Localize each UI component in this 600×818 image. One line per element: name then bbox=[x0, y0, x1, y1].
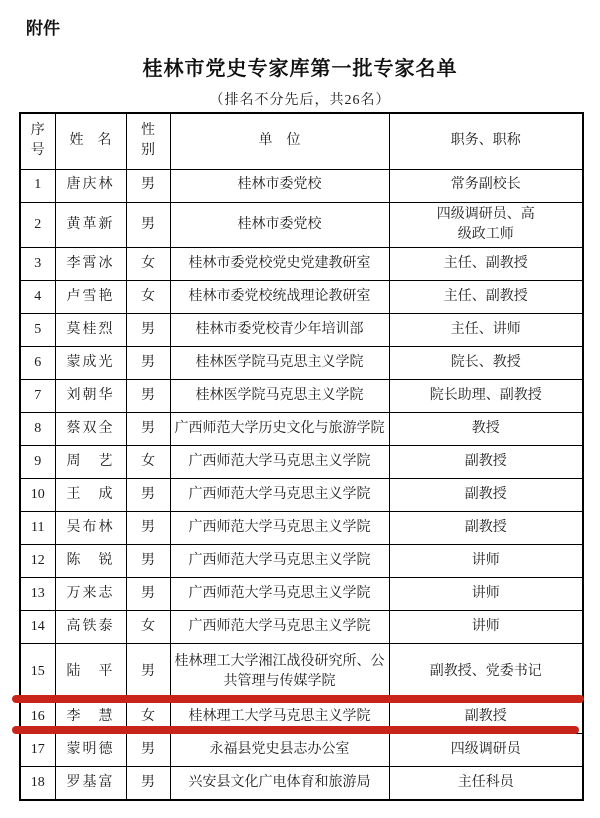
cell-name: 卢雪艳 bbox=[55, 281, 126, 314]
cell-unit: 桂林市委党校统战理论教研室 bbox=[170, 281, 389, 314]
cell-position: 讲师 bbox=[389, 578, 583, 611]
cell-unit: 桂林医学院马克思主义学院 bbox=[170, 380, 389, 413]
cell-index: 6 bbox=[20, 347, 55, 380]
cell-index: 1 bbox=[20, 169, 55, 202]
table-row: 15陆 平男桂林理工大学湘江战役研究所、公 共管理与传媒学院副教授、党委书记 bbox=[20, 644, 583, 701]
cell-position: 副教授、党委书记 bbox=[389, 644, 583, 701]
cell-index: 17 bbox=[20, 734, 55, 767]
table-row: 11吴布林男广西师范大学马克思主义学院副教授 bbox=[20, 512, 583, 545]
cell-gender: 女 bbox=[126, 446, 170, 479]
cell-position: 教授 bbox=[389, 413, 583, 446]
cell-position: 四级调研员 bbox=[389, 734, 583, 767]
cell-gender: 男 bbox=[126, 734, 170, 767]
cell-name: 蔡双全 bbox=[55, 413, 126, 446]
col-header-position: 职务、职称 bbox=[389, 113, 583, 169]
table-row: 4卢雪艳女桂林市委党校统战理论教研室主任、副教授 bbox=[20, 281, 583, 314]
cell-index: 2 bbox=[20, 202, 55, 248]
cell-position: 副教授 bbox=[389, 479, 583, 512]
cell-gender: 男 bbox=[126, 347, 170, 380]
cell-index: 14 bbox=[20, 611, 55, 644]
cell-gender: 女 bbox=[126, 248, 170, 281]
table-row: 7刘朝华男桂林医学院马克思主义学院院长助理、副教授 bbox=[20, 380, 583, 413]
cell-gender: 男 bbox=[126, 512, 170, 545]
cell-gender: 男 bbox=[126, 413, 170, 446]
cell-unit: 桂林市委党校 bbox=[170, 202, 389, 248]
cell-position: 常务副校长 bbox=[389, 169, 583, 202]
cell-unit: 广西师范大学马克思主义学院 bbox=[170, 611, 389, 644]
cell-name: 黄革新 bbox=[55, 202, 126, 248]
cell-name: 周 艺 bbox=[55, 446, 126, 479]
cell-name: 万来志 bbox=[55, 578, 126, 611]
cell-gender: 男 bbox=[126, 479, 170, 512]
table-row: 14高铁泰女广西师范大学马克思主义学院讲师 bbox=[20, 611, 583, 644]
cell-unit: 永福县党史县志办公室 bbox=[170, 734, 389, 767]
cell-unit: 桂林理工大学湘江战役研究所、公 共管理与传媒学院 bbox=[170, 644, 389, 701]
table-row: 5莫桂烈男桂林市委党校青少年培训部主任、讲师 bbox=[20, 314, 583, 347]
cell-unit: 广西师范大学马克思主义学院 bbox=[170, 578, 389, 611]
cell-index: 12 bbox=[20, 545, 55, 578]
cell-index: 7 bbox=[20, 380, 55, 413]
cell-index: 13 bbox=[20, 578, 55, 611]
table-row: 2黄革新男桂林市委党校四级调研员、高 级政工师 bbox=[20, 202, 583, 248]
cell-name: 王 成 bbox=[55, 479, 126, 512]
cell-name: 蒙明德 bbox=[55, 734, 126, 767]
cell-position: 讲师 bbox=[389, 545, 583, 578]
cell-gender: 男 bbox=[126, 767, 170, 800]
col-header-name: 姓 名 bbox=[55, 113, 126, 169]
subtitle: （排名不分先后，共26名） bbox=[0, 89, 600, 109]
table-row: 8蔡双全男广西师范大学历史文化与旅游学院教授 bbox=[20, 413, 583, 446]
page-title: 桂林市党史专家库第一批专家名单 bbox=[0, 52, 600, 81]
cell-gender: 男 bbox=[126, 380, 170, 413]
cell-position: 讲师 bbox=[389, 611, 583, 644]
cell-unit: 广西师范大学马克思主义学院 bbox=[170, 512, 389, 545]
cell-position: 院长助理、副教授 bbox=[389, 380, 583, 413]
cell-position: 主任科员 bbox=[389, 767, 583, 800]
cell-position: 主任、副教授 bbox=[389, 248, 583, 281]
cell-position: 四级调研员、高 级政工师 bbox=[389, 202, 583, 248]
cell-gender: 男 bbox=[126, 545, 170, 578]
cell-index: 5 bbox=[20, 314, 55, 347]
cell-name: 唐庆林 bbox=[55, 169, 126, 202]
table-row: 12陈 锐男广西师范大学马克思主义学院讲师 bbox=[20, 545, 583, 578]
cell-name: 吴布林 bbox=[55, 512, 126, 545]
cell-name: 李霄冰 bbox=[55, 248, 126, 281]
cell-unit: 广西师范大学马克思主义学院 bbox=[170, 479, 389, 512]
table-row: 13万来志男广西师范大学马克思主义学院讲师 bbox=[20, 578, 583, 611]
cell-name: 陆 平 bbox=[55, 644, 126, 701]
cell-unit: 广西师范大学历史文化与旅游学院 bbox=[170, 413, 389, 446]
table-row: 6蒙成光男桂林医学院马克思主义学院院长、教授 bbox=[20, 347, 583, 380]
cell-position: 副教授 bbox=[389, 512, 583, 545]
table-header-row: 序 号 姓 名 性 别 单 位 职务、职称 bbox=[20, 113, 583, 169]
col-header-index: 序 号 bbox=[20, 113, 55, 169]
table-row: 9周 艺女广西师范大学马克思主义学院副教授 bbox=[20, 446, 583, 479]
cell-position: 院长、教授 bbox=[389, 347, 583, 380]
document-page: 附件 桂林市党史专家库第一批专家名单 （排名不分先后，共26名） 序 号 姓 名… bbox=[0, 0, 600, 818]
cell-index: 3 bbox=[20, 248, 55, 281]
cell-index: 8 bbox=[20, 413, 55, 446]
table-row: 18罗基富男兴安县文化广电体育和旅游局主任科员 bbox=[20, 767, 583, 800]
cell-gender: 男 bbox=[126, 169, 170, 202]
cell-unit: 桂林医学院马克思主义学院 bbox=[170, 347, 389, 380]
cell-unit: 桂林市委党校党史党建教研室 bbox=[170, 248, 389, 281]
cell-name: 刘朝华 bbox=[55, 380, 126, 413]
attachment-label: 附件 bbox=[26, 14, 60, 39]
cell-index: 18 bbox=[20, 767, 55, 800]
cell-name: 陈 锐 bbox=[55, 545, 126, 578]
cell-gender: 男 bbox=[126, 202, 170, 248]
table-row: 17蒙明德男永福县党史县志办公室四级调研员 bbox=[20, 734, 583, 767]
cell-index: 11 bbox=[20, 512, 55, 545]
cell-index: 15 bbox=[20, 644, 55, 701]
cell-name: 罗基富 bbox=[55, 767, 126, 800]
cell-name: 高铁泰 bbox=[55, 611, 126, 644]
cell-gender: 男 bbox=[126, 644, 170, 701]
cell-gender: 男 bbox=[126, 314, 170, 347]
cell-name: 蒙成光 bbox=[55, 347, 126, 380]
cell-position: 主任、副教授 bbox=[389, 281, 583, 314]
table-row: 10王 成男广西师范大学马克思主义学院副教授 bbox=[20, 479, 583, 512]
cell-gender: 女 bbox=[126, 281, 170, 314]
cell-index: 10 bbox=[20, 479, 55, 512]
cell-index: 4 bbox=[20, 281, 55, 314]
cell-position: 副教授 bbox=[389, 446, 583, 479]
cell-unit: 兴安县文化广电体育和旅游局 bbox=[170, 767, 389, 800]
table-row: 1唐庆林男桂林市委党校常务副校长 bbox=[20, 169, 583, 202]
red-marker-line-bottom bbox=[12, 726, 579, 734]
col-header-unit: 单 位 bbox=[170, 113, 389, 169]
red-marker-line-top bbox=[12, 695, 584, 703]
cell-unit: 广西师范大学马克思主义学院 bbox=[170, 446, 389, 479]
cell-index: 9 bbox=[20, 446, 55, 479]
cell-gender: 女 bbox=[126, 611, 170, 644]
cell-gender: 男 bbox=[126, 578, 170, 611]
cell-unit: 广西师范大学马克思主义学院 bbox=[170, 545, 389, 578]
cell-position: 主任、讲师 bbox=[389, 314, 583, 347]
table-row: 3李霄冰女桂林市委党校党史党建教研室主任、副教授 bbox=[20, 248, 583, 281]
cell-name: 莫桂烈 bbox=[55, 314, 126, 347]
cell-unit: 桂林市委党校青少年培训部 bbox=[170, 314, 389, 347]
cell-unit: 桂林市委党校 bbox=[170, 169, 389, 202]
col-header-gender: 性 别 bbox=[126, 113, 170, 169]
